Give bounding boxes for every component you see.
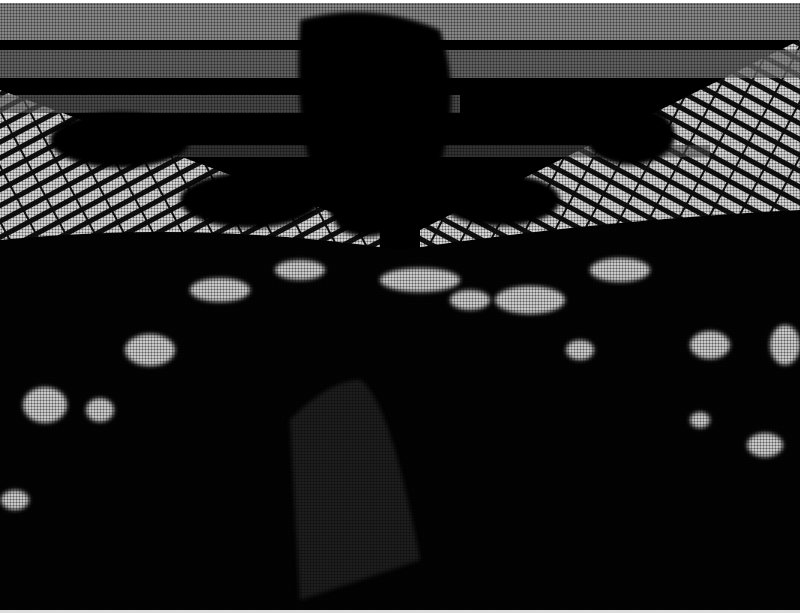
- hanging-basket-1: [50, 112, 190, 168]
- frame-edge-top: [0, 0, 800, 3]
- hanging-basket-2: [180, 172, 320, 228]
- greenhouse-photo: [0, 0, 800, 613]
- photo-drawing: [0, 0, 800, 613]
- central-hanging-plant: [298, 12, 451, 237]
- hanging-basket-3: [440, 174, 560, 226]
- hanging-basket-4: [585, 105, 675, 165]
